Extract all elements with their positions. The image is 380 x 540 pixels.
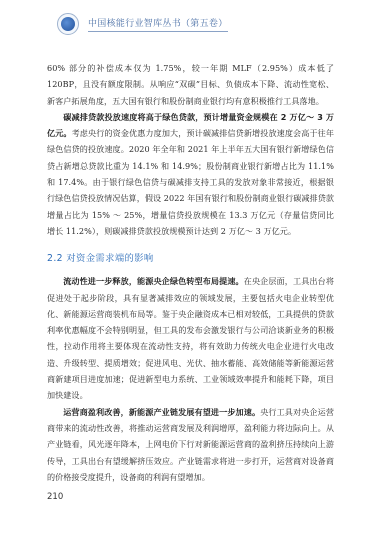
paragraph-text: 在央企层面，工具出台将促进处于起步阶段，具有显著减排效应的领域发展，主要包括火电… — [47, 276, 334, 400]
running-header: 中国核能行业智库丛书（第五卷） — [57, 12, 228, 36]
book-series-title: 中国核能行业智库丛书（第五卷） — [88, 16, 228, 32]
page-number: 210 — [47, 492, 63, 502]
paragraph-text: 考虑央行的资金优惠力度加大，预计碳减排信贷新增投放速度会高于往年绿色信贷的投放速… — [47, 128, 334, 236]
page-body: 60% 部分的补偿成本仅为 1.75%，较一年期 MLF（2.95%）成本低了 … — [47, 60, 334, 485]
section-heading: 2.2 对资金需求端的影响 — [47, 250, 334, 264]
paragraph-carbon-loans: 碳减排贷款投放速度将高于绿色贷款，预计增量资金规模在 2 万亿～ 3 万亿元。考… — [47, 109, 334, 239]
paragraph-lead: 流动性进一步释放，能源央企绿色转型布局提速。 — [63, 276, 244, 286]
paragraph-continued: 60% 部分的补偿成本仅为 1.75%，较一年期 MLF（2.95%）成本低了 … — [47, 60, 334, 109]
paragraph-operators: 运营商盈利改善，新能源产业链发展有望进一步加速。央行工具对央企运营商带来的流动性… — [47, 404, 334, 485]
paragraph-liquidity: 流动性进一步释放，能源央企绿色转型布局提速。在央企层面，工具出台将促进处于起步阶… — [47, 273, 334, 403]
logo-icon — [57, 13, 79, 35]
paragraph-lead: 运营商盈利改善，新能源产业链发展有望进一步加速。 — [63, 407, 260, 417]
paragraph-text: 央行工具对央企运营商带来的流动性改善，将推动运营商发展及利润增厚，盈利能力将边际… — [47, 407, 334, 482]
